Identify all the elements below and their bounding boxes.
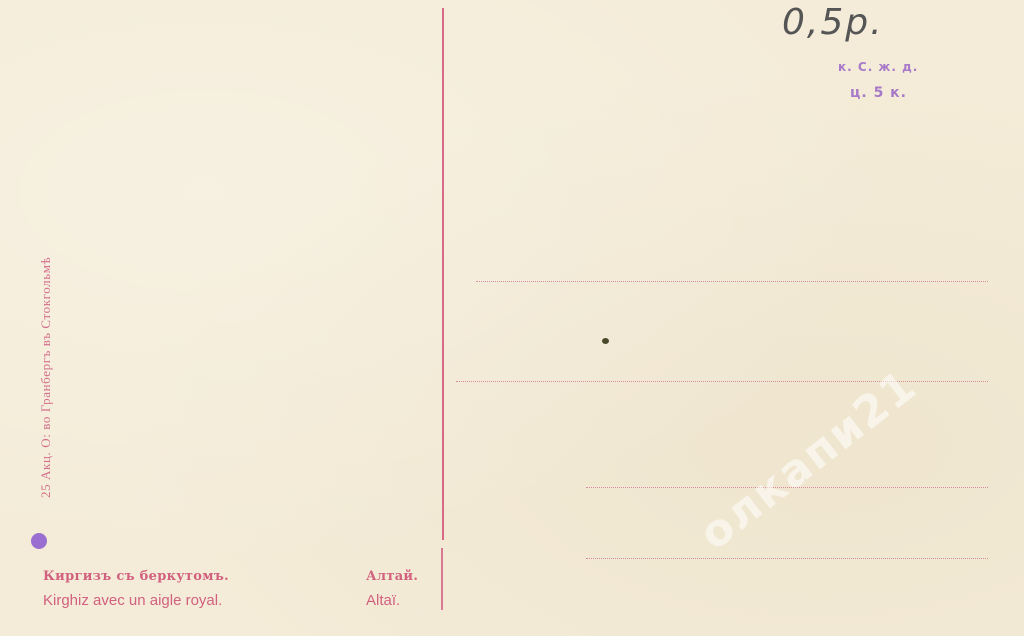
stamp-line-1: к. С. ж. д. bbox=[838, 60, 918, 74]
stamp-line-2: ц. 5 к. bbox=[850, 85, 907, 101]
caption-title-ru: Киргизъ съ беркутомъ. bbox=[43, 569, 229, 584]
publisher-imprint: 25 Акц. О: во Гранбергъ въ Стокгольмѣ bbox=[38, 257, 54, 498]
ink-dot bbox=[31, 533, 47, 549]
caption-region-fr: Altaï. bbox=[366, 592, 400, 609]
caption-title-fr: Kirghiz avec un aigle royal. bbox=[43, 592, 222, 609]
handwritten-price: 0,5р. bbox=[782, 2, 884, 43]
watermark: олкапи21 bbox=[690, 360, 927, 561]
center-divider-lower-segment bbox=[441, 548, 443, 610]
address-line-4 bbox=[586, 558, 988, 559]
address-line-1 bbox=[476, 281, 988, 282]
center-divider-line bbox=[442, 8, 444, 540]
caption-region-ru: Алтай. bbox=[366, 569, 418, 584]
paper-speck bbox=[602, 338, 609, 344]
postcard-back: 25 Акц. О: во Гранбергъ въ Стокгольмѣ Ки… bbox=[0, 0, 1024, 636]
